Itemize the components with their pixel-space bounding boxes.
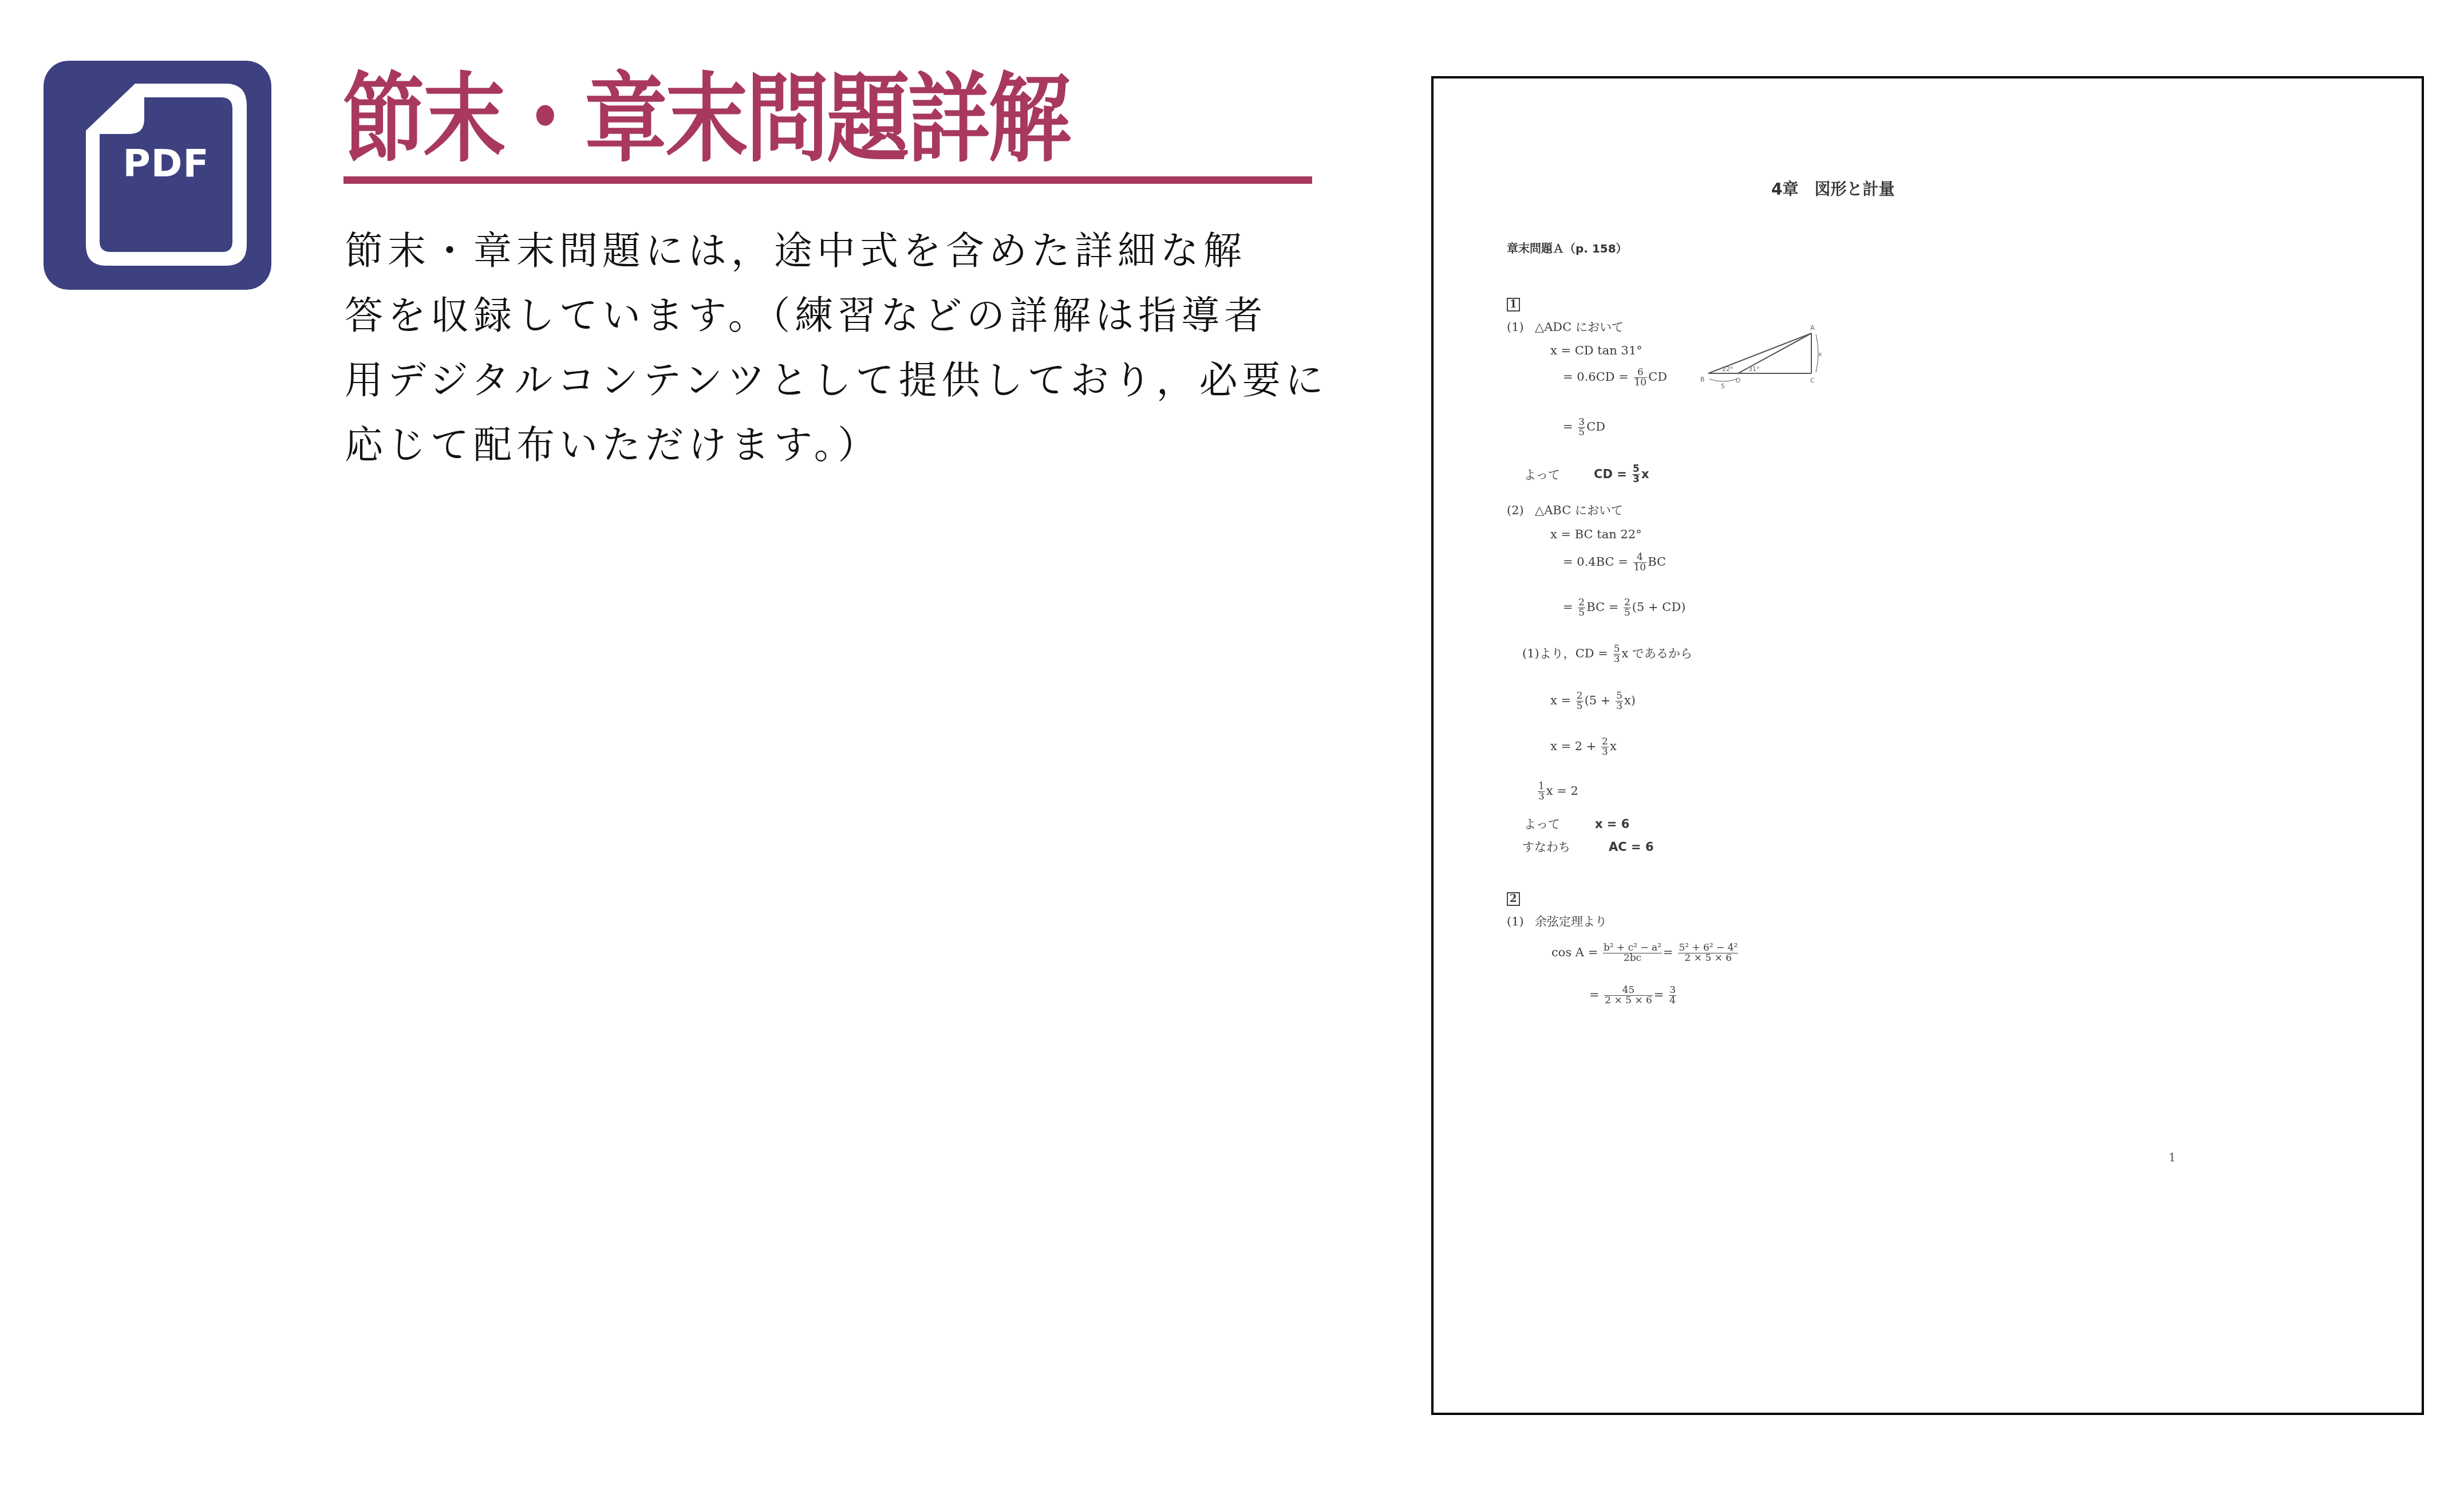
document-page: 4章 図形と計量 章末問題Ａ（p. 158） 1 (1) △ADC において x… (1434, 78, 2422, 1413)
part-label: (1) (1507, 915, 1524, 928)
equation: = 0.6CD = 610CD (1563, 368, 1667, 388)
equation: x = 2 + 23x (1550, 737, 1617, 757)
problem-number-box: 1 (1507, 298, 1520, 312)
svg-text:22°: 22° (1722, 365, 1734, 373)
part-intro: 余弦定理より (1535, 915, 1607, 928)
description: 節末・章末問題には，途中式を含めた詳細な解 答を収録しています。（練習などの詳解… (345, 219, 1318, 478)
svg-text:B: B (1700, 376, 1705, 383)
problem-number-box: 2 (1507, 892, 1520, 906)
part-intro: △ABC において (1535, 503, 1623, 517)
equation: x = BC tan 22° (1550, 527, 1642, 541)
part-label: (1) (1507, 320, 1524, 334)
result-label: よって (1524, 817, 1560, 831)
document-preview: 4章 図形と計量 章末問題Ａ（p. 158） 1 (1) △ADC において x… (1431, 76, 2424, 1415)
triangle-diagram: A B C D 5 x 22° 31° (1697, 322, 1823, 391)
part-intro: △ADC において (1535, 320, 1624, 334)
equation: cos A = b² + c² − a²2bc= 5² + 6² − 4²2 ×… (1551, 943, 1739, 963)
equation: = 452 × 5 × 6= 34 (1589, 986, 1677, 1006)
pdf-file-icon: PDF (44, 61, 271, 290)
pdf-icon-label: PDF (101, 141, 231, 187)
equation: (1)より，CD = 53x であるから (1522, 644, 1692, 664)
description-line: 用デジタルコンテンツとして提供しており，必要に (345, 348, 1318, 413)
svg-text:D: D (1736, 377, 1740, 384)
equation: = 25BC = 25(5 + CD) (1563, 598, 1685, 618)
chapter-title: 4章 図形と計量 (1771, 183, 1894, 196)
svg-text:5: 5 (1721, 383, 1725, 390)
result: CD = 53x (1594, 464, 1649, 484)
svg-text:31°: 31° (1748, 365, 1760, 373)
svg-text:x: x (1818, 350, 1822, 358)
page-number: 1 (2169, 1150, 2176, 1164)
equation: = 0.4BC = 410BC (1563, 553, 1666, 573)
page-title: 節末・章末問題詳解 (342, 62, 1069, 176)
title-underline (343, 176, 1312, 184)
part-label: (2) (1507, 503, 1524, 517)
description-line: 応じて配布いただけます。） (345, 413, 1318, 478)
section-heading: 章末問題Ａ（p. 158） (1507, 242, 1628, 255)
description-line: 節末・章末問題には，途中式を含めた詳細な解 (345, 219, 1318, 283)
result: x = 6 (1595, 817, 1629, 831)
svg-text:A: A (1810, 324, 1815, 332)
result-label: よって (1524, 468, 1560, 482)
equation: = 35CD (1563, 417, 1605, 437)
equation: x = 25(5 + 53x) (1550, 691, 1636, 711)
svg-text:C: C (1810, 377, 1815, 384)
equation: x = CD tan 31° (1550, 344, 1642, 357)
equation: 13x = 2 (1537, 782, 1578, 802)
result-label: すなわち (1522, 840, 1570, 854)
result: AC = 6 (1609, 840, 1654, 854)
description-line: 答を収録しています。（練習などの詳解は指導者 (345, 283, 1318, 348)
